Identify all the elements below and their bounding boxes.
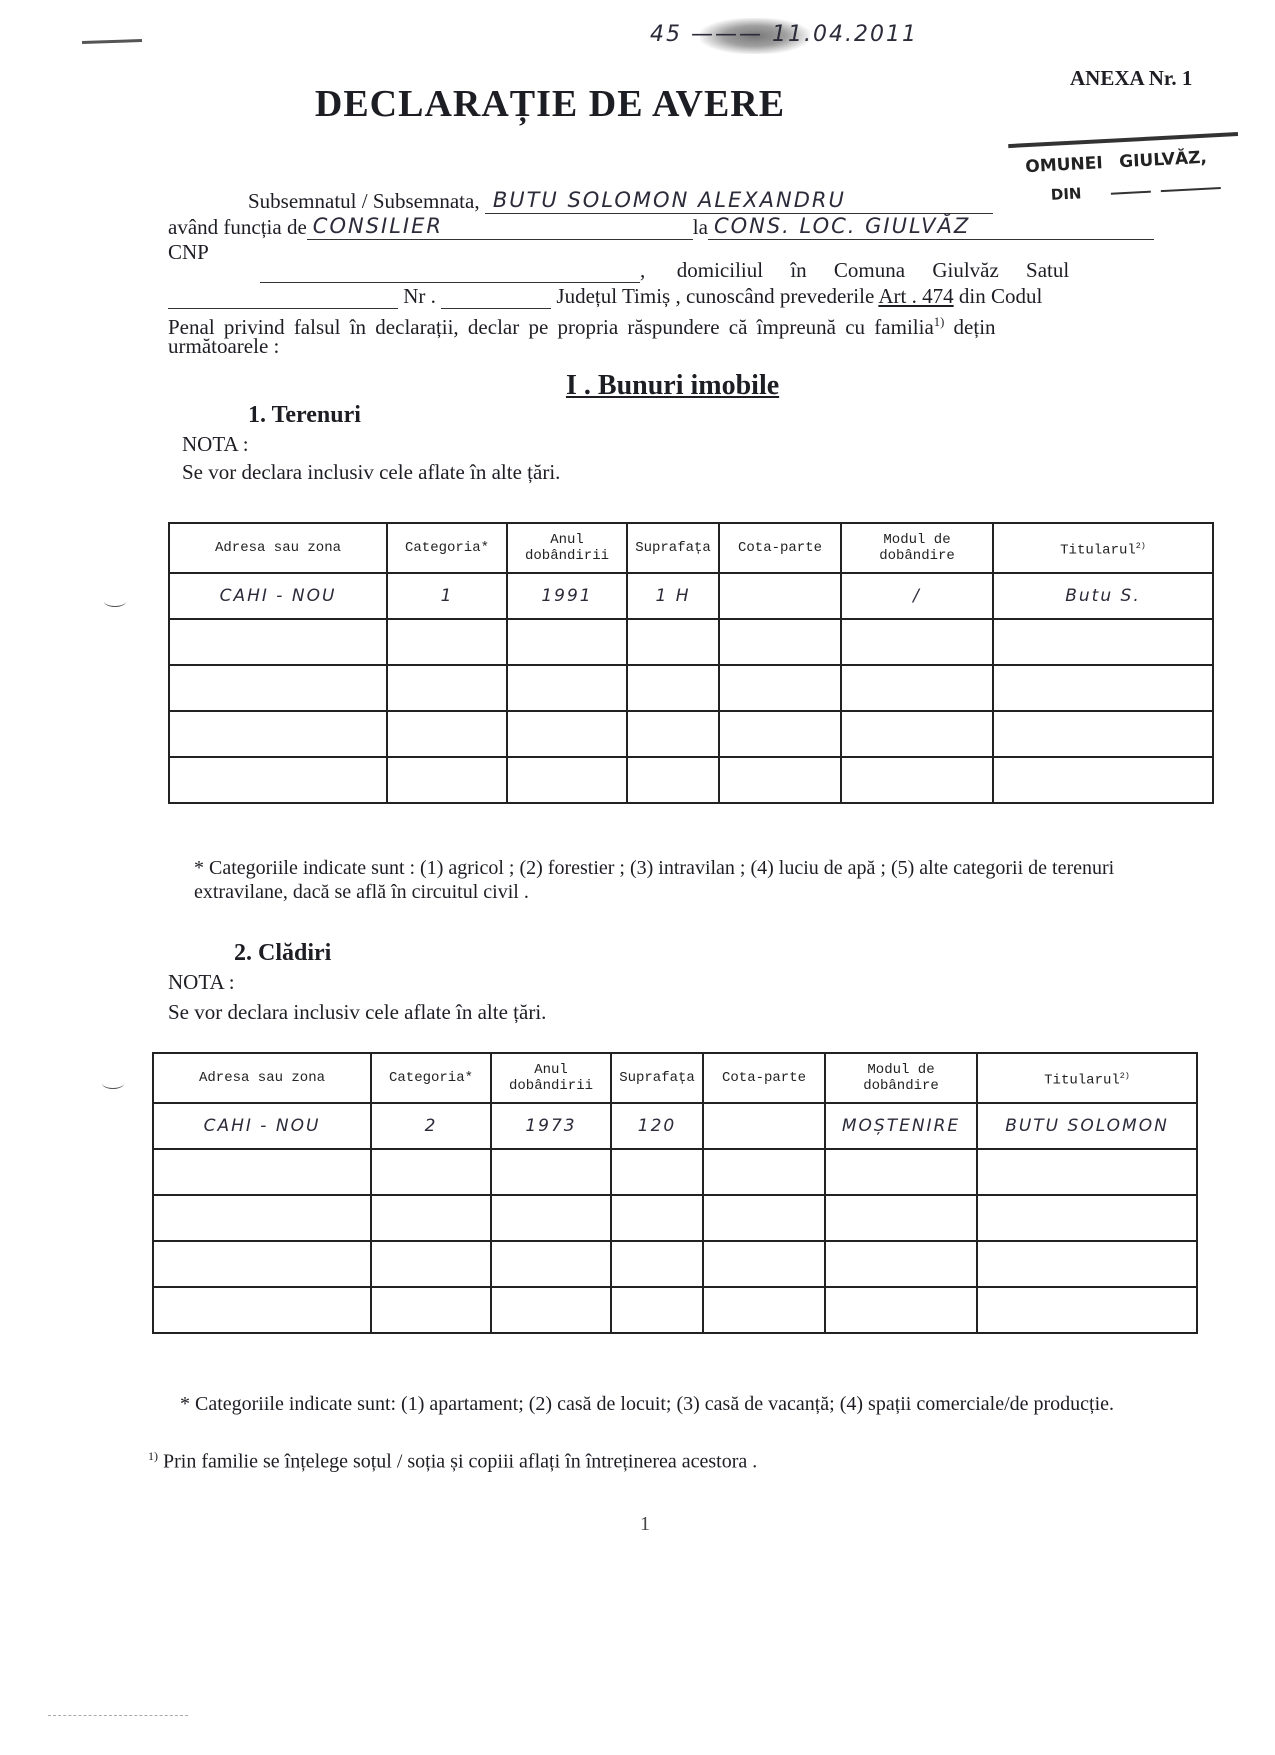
subsemnatul-label: Subsemnatul / Subsemnata, [248, 189, 480, 213]
table-cell[interactable] [627, 665, 719, 711]
footnote-cladiri-categorii: * Categoriile indicate sunt: (1) apartam… [140, 1392, 1160, 1416]
table-cell[interactable] [841, 757, 993, 803]
table-cell[interactable] [993, 619, 1213, 665]
table-cell[interactable] [719, 757, 841, 803]
table-cell[interactable] [507, 711, 627, 757]
subheading-cladiri: 2. Clădiri [234, 940, 331, 967]
column-header: Suprafața [611, 1053, 703, 1103]
subheading-terenuri: 1. Terenuri [248, 402, 361, 429]
table-cell[interactable] [993, 711, 1213, 757]
table-cell[interactable] [153, 1287, 371, 1333]
footnote-terenuri-categorii: * Categoriile indicate sunt : (1) agrico… [194, 856, 1194, 904]
table-cell[interactable] [153, 1195, 371, 1241]
document-title: DECLARAȚIE DE AVERE [0, 82, 1100, 126]
table-cell[interactable] [371, 1149, 491, 1195]
table-cell[interactable] [153, 1241, 371, 1287]
table-cell[interactable] [387, 757, 507, 803]
table-cell[interactable]: Butu S. [993, 573, 1213, 619]
table-cell[interactable] [491, 1287, 611, 1333]
table-row [169, 619, 1213, 665]
table-cell[interactable] [169, 757, 387, 803]
table-cell[interactable] [719, 619, 841, 665]
table-cell[interactable] [611, 1195, 703, 1241]
table-cell[interactable] [993, 757, 1213, 803]
table-header-row: Adresa sau zonaCategoria*Anul dobândirii… [153, 1053, 1197, 1103]
table-cell[interactable] [507, 619, 627, 665]
table-cell[interactable] [491, 1195, 611, 1241]
table-cell[interactable] [977, 1149, 1197, 1195]
table-row: CAHI - NOU21973120MOȘTENIREBUTU SOLOMON [153, 1103, 1197, 1149]
table-cell[interactable]: CAHI - NOU [153, 1103, 371, 1149]
check-mark [102, 1078, 124, 1089]
table-cell[interactable] [825, 1149, 977, 1195]
table-row: CAHI - NOU119911 H/Butu S. [169, 573, 1213, 619]
scan-mark [82, 39, 142, 44]
table-cell[interactable]: 1991 [507, 573, 627, 619]
table-cell[interactable] [841, 619, 993, 665]
table-cell[interactable]: 2 [371, 1103, 491, 1149]
table-cell[interactable] [627, 711, 719, 757]
table-cell[interactable] [977, 1195, 1197, 1241]
intro-line-6: următoarele : [168, 334, 279, 359]
art-reference: Art . 474 [878, 284, 953, 308]
intro-line-1: Subsemnatul / Subsemnata, BUTU SOLOMON A… [248, 188, 1148, 214]
la-label: la [693, 215, 708, 239]
table-row [153, 1195, 1197, 1241]
stamp-text-1: OMUNEI [1025, 153, 1103, 177]
table-cell[interactable] [169, 619, 387, 665]
table-cell[interactable] [977, 1287, 1197, 1333]
table-cell[interactable] [611, 1287, 703, 1333]
table-cell[interactable] [841, 665, 993, 711]
column-header: Cota-parte [703, 1053, 825, 1103]
check-mark [104, 596, 126, 607]
page-number: 1 [640, 1513, 650, 1536]
table-cell[interactable] [703, 1287, 825, 1333]
footnote-family-definition: 1) Prin familie se înțelege soțul / soți… [148, 1444, 1148, 1474]
table-cell[interactable] [169, 665, 387, 711]
stamp-text-2: GIULVĂZ, [1119, 148, 1208, 173]
section-heading-bunuri-imobile: I . Bunuri imobile [566, 370, 779, 402]
table-cell[interactable] [841, 711, 993, 757]
table-cell[interactable] [387, 711, 507, 757]
table-cell[interactable]: 1 H [627, 573, 719, 619]
table-row [153, 1149, 1197, 1195]
column-header: Modul de dobândire [825, 1053, 977, 1103]
column-header: Titularul2) [993, 523, 1213, 573]
table-cell[interactable] [719, 573, 841, 619]
functia-label: având funcția de [168, 215, 307, 239]
table-cell[interactable] [627, 757, 719, 803]
domiciliul-text: domiciliul în Comuna Giulvăz Satul [677, 258, 1069, 282]
functia-field[interactable]: CONSILIER [307, 214, 693, 240]
table-cell[interactable] [719, 711, 841, 757]
table-cell[interactable] [611, 1149, 703, 1195]
table-cell[interactable] [703, 1241, 825, 1287]
table-cell[interactable] [371, 1287, 491, 1333]
table-cell[interactable] [977, 1241, 1197, 1287]
table-cell[interactable] [387, 619, 507, 665]
column-header: Adresa sau zona [153, 1053, 371, 1103]
table-cell[interactable]: 120 [611, 1103, 703, 1149]
table-cell[interactable] [153, 1149, 371, 1195]
column-header: Categoria* [371, 1053, 491, 1103]
column-header: Titularul2) [977, 1053, 1197, 1103]
column-header: Anul dobândirii [491, 1053, 611, 1103]
intro-line-4: Nr . Județul Timiș , cunoscând prevederi… [168, 284, 1218, 309]
table-row [169, 665, 1213, 711]
table-cell[interactable] [719, 665, 841, 711]
table-cell[interactable] [371, 1241, 491, 1287]
table-cell[interactable] [507, 665, 627, 711]
table-cell[interactable]: CAHI - NOU [169, 573, 387, 619]
table-cell[interactable]: MOȘTENIRE [825, 1103, 977, 1149]
column-header: Suprafața [627, 523, 719, 573]
table-cell[interactable] [993, 665, 1213, 711]
table-cell[interactable] [703, 1195, 825, 1241]
stamp-dash [1161, 187, 1221, 192]
table-cell[interactable] [169, 711, 387, 757]
column-header: Categoria* [387, 523, 507, 573]
cnp-label: CNP [168, 240, 209, 264]
nr-field[interactable] [441, 288, 551, 309]
table-row [169, 711, 1213, 757]
scan-mark [48, 1715, 188, 1718]
name-field[interactable]: BUTU SOLOMON ALEXANDRU [485, 188, 993, 214]
column-header: Anul dobândirii [507, 523, 627, 573]
table-cell[interactable] [825, 1241, 977, 1287]
terenuri-table: Adresa sau zonaCategoria*Anul dobândirii… [168, 522, 1214, 804]
institution-field[interactable]: CONS. LOC. GIULVĂZ [708, 214, 1154, 240]
table-cell[interactable]: / [841, 573, 993, 619]
registration-number-date: 45 ——— 11.04.2011 [650, 22, 918, 47]
intro-line-2: având funcția deCONSILIERlaCONS. LOC. GI… [168, 214, 1218, 240]
nota-label-terenuri: NOTA : [182, 432, 249, 457]
table-cell[interactable]: 1 [387, 573, 507, 619]
table-row [169, 757, 1213, 803]
nota-text-terenuri: Se vor declara inclusiv cele aflate în a… [182, 460, 560, 485]
column-header: Cota-parte [719, 523, 841, 573]
table-row [153, 1287, 1197, 1333]
table-cell[interactable]: BUTU SOLOMON [977, 1103, 1197, 1149]
table-cell[interactable] [825, 1287, 977, 1333]
table-cell[interactable] [825, 1195, 977, 1241]
table-cell[interactable] [387, 665, 507, 711]
column-header: Adresa sau zona [169, 523, 387, 573]
codul-text: din Codul [959, 284, 1042, 308]
intro-line-5: Penal privind falsul în declarații, decl… [168, 310, 1228, 340]
table-row [153, 1241, 1197, 1287]
nota-text-cladiri: Se vor declara inclusiv cele aflate în a… [168, 1000, 546, 1025]
table-cell[interactable] [507, 757, 627, 803]
nr-label: Nr . [403, 284, 436, 308]
intro-line-3b: , domiciliul în Comuna Giulvăz Satul [260, 258, 1220, 283]
table-cell[interactable] [491, 1241, 611, 1287]
column-header: Modul de dobândire [841, 523, 993, 573]
table-cell[interactable] [703, 1149, 825, 1195]
table-header-row: Adresa sau zonaCategoria*Anul dobândirii… [169, 523, 1213, 573]
table-cell[interactable] [491, 1149, 611, 1195]
cladiri-table: Adresa sau zonaCategoria*Anul dobândirii… [152, 1052, 1198, 1334]
cnp-field[interactable] [260, 262, 640, 283]
table-cell[interactable] [703, 1103, 825, 1149]
nota-label-cladiri: NOTA : [168, 970, 235, 995]
judet-text: Județul Timiș , cunoscând prevederile [556, 284, 874, 308]
satul-field[interactable] [168, 288, 398, 309]
table-cell[interactable] [371, 1195, 491, 1241]
table-cell[interactable] [611, 1241, 703, 1287]
table-cell[interactable] [627, 619, 719, 665]
table-cell[interactable]: 1973 [491, 1103, 611, 1149]
